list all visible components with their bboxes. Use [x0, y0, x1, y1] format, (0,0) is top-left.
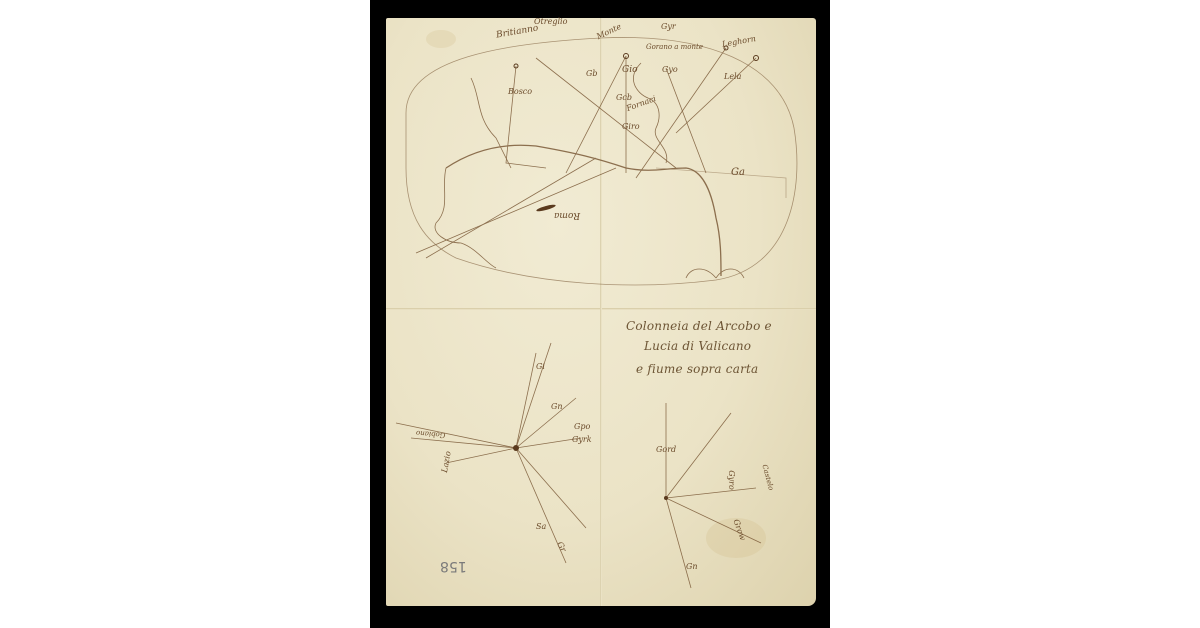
place-label: Bosco: [508, 88, 532, 96]
place-label: Gi: [536, 363, 545, 371]
title-line-1: Colonneia del Arcobo e: [626, 320, 772, 332]
place-label: Gcb: [616, 94, 632, 102]
title-line-2: Lucia di Valicano: [644, 340, 751, 352]
place-label: Gyr: [661, 23, 676, 31]
place-label: Sa: [536, 523, 546, 531]
place-label: Gord: [656, 446, 676, 454]
place-label: Gorano a monte: [646, 44, 703, 51]
manuscript-page: Britianno Otreglio Monte Gio Gb Gcb Bosc…: [386, 18, 816, 606]
place-label: Gn: [686, 563, 698, 571]
title-line-3: e fiume sopra carta: [636, 363, 758, 375]
place-label: Gyro: [727, 470, 735, 490]
place-label: Lela: [724, 73, 741, 81]
place-label: Gb: [586, 70, 598, 78]
place-label: Gn: [551, 403, 563, 411]
ink-drawing: [386, 18, 816, 606]
folio-number: 158: [440, 558, 467, 574]
scan-frame: Britianno Otreglio Monte Gio Gb Gcb Bosc…: [370, 0, 830, 628]
place-label-roma: Roma: [554, 210, 580, 219]
place-label: Giro: [622, 123, 640, 131]
place-label: Ga: [731, 168, 745, 178]
place-label: Gyrk: [572, 436, 592, 444]
place-label: Gobiano: [416, 429, 446, 439]
place-label: Otreglio: [534, 18, 567, 26]
place-label: Gyo: [662, 66, 678, 74]
place-label: Gpo: [574, 423, 590, 431]
place-label: Gio: [622, 66, 638, 75]
